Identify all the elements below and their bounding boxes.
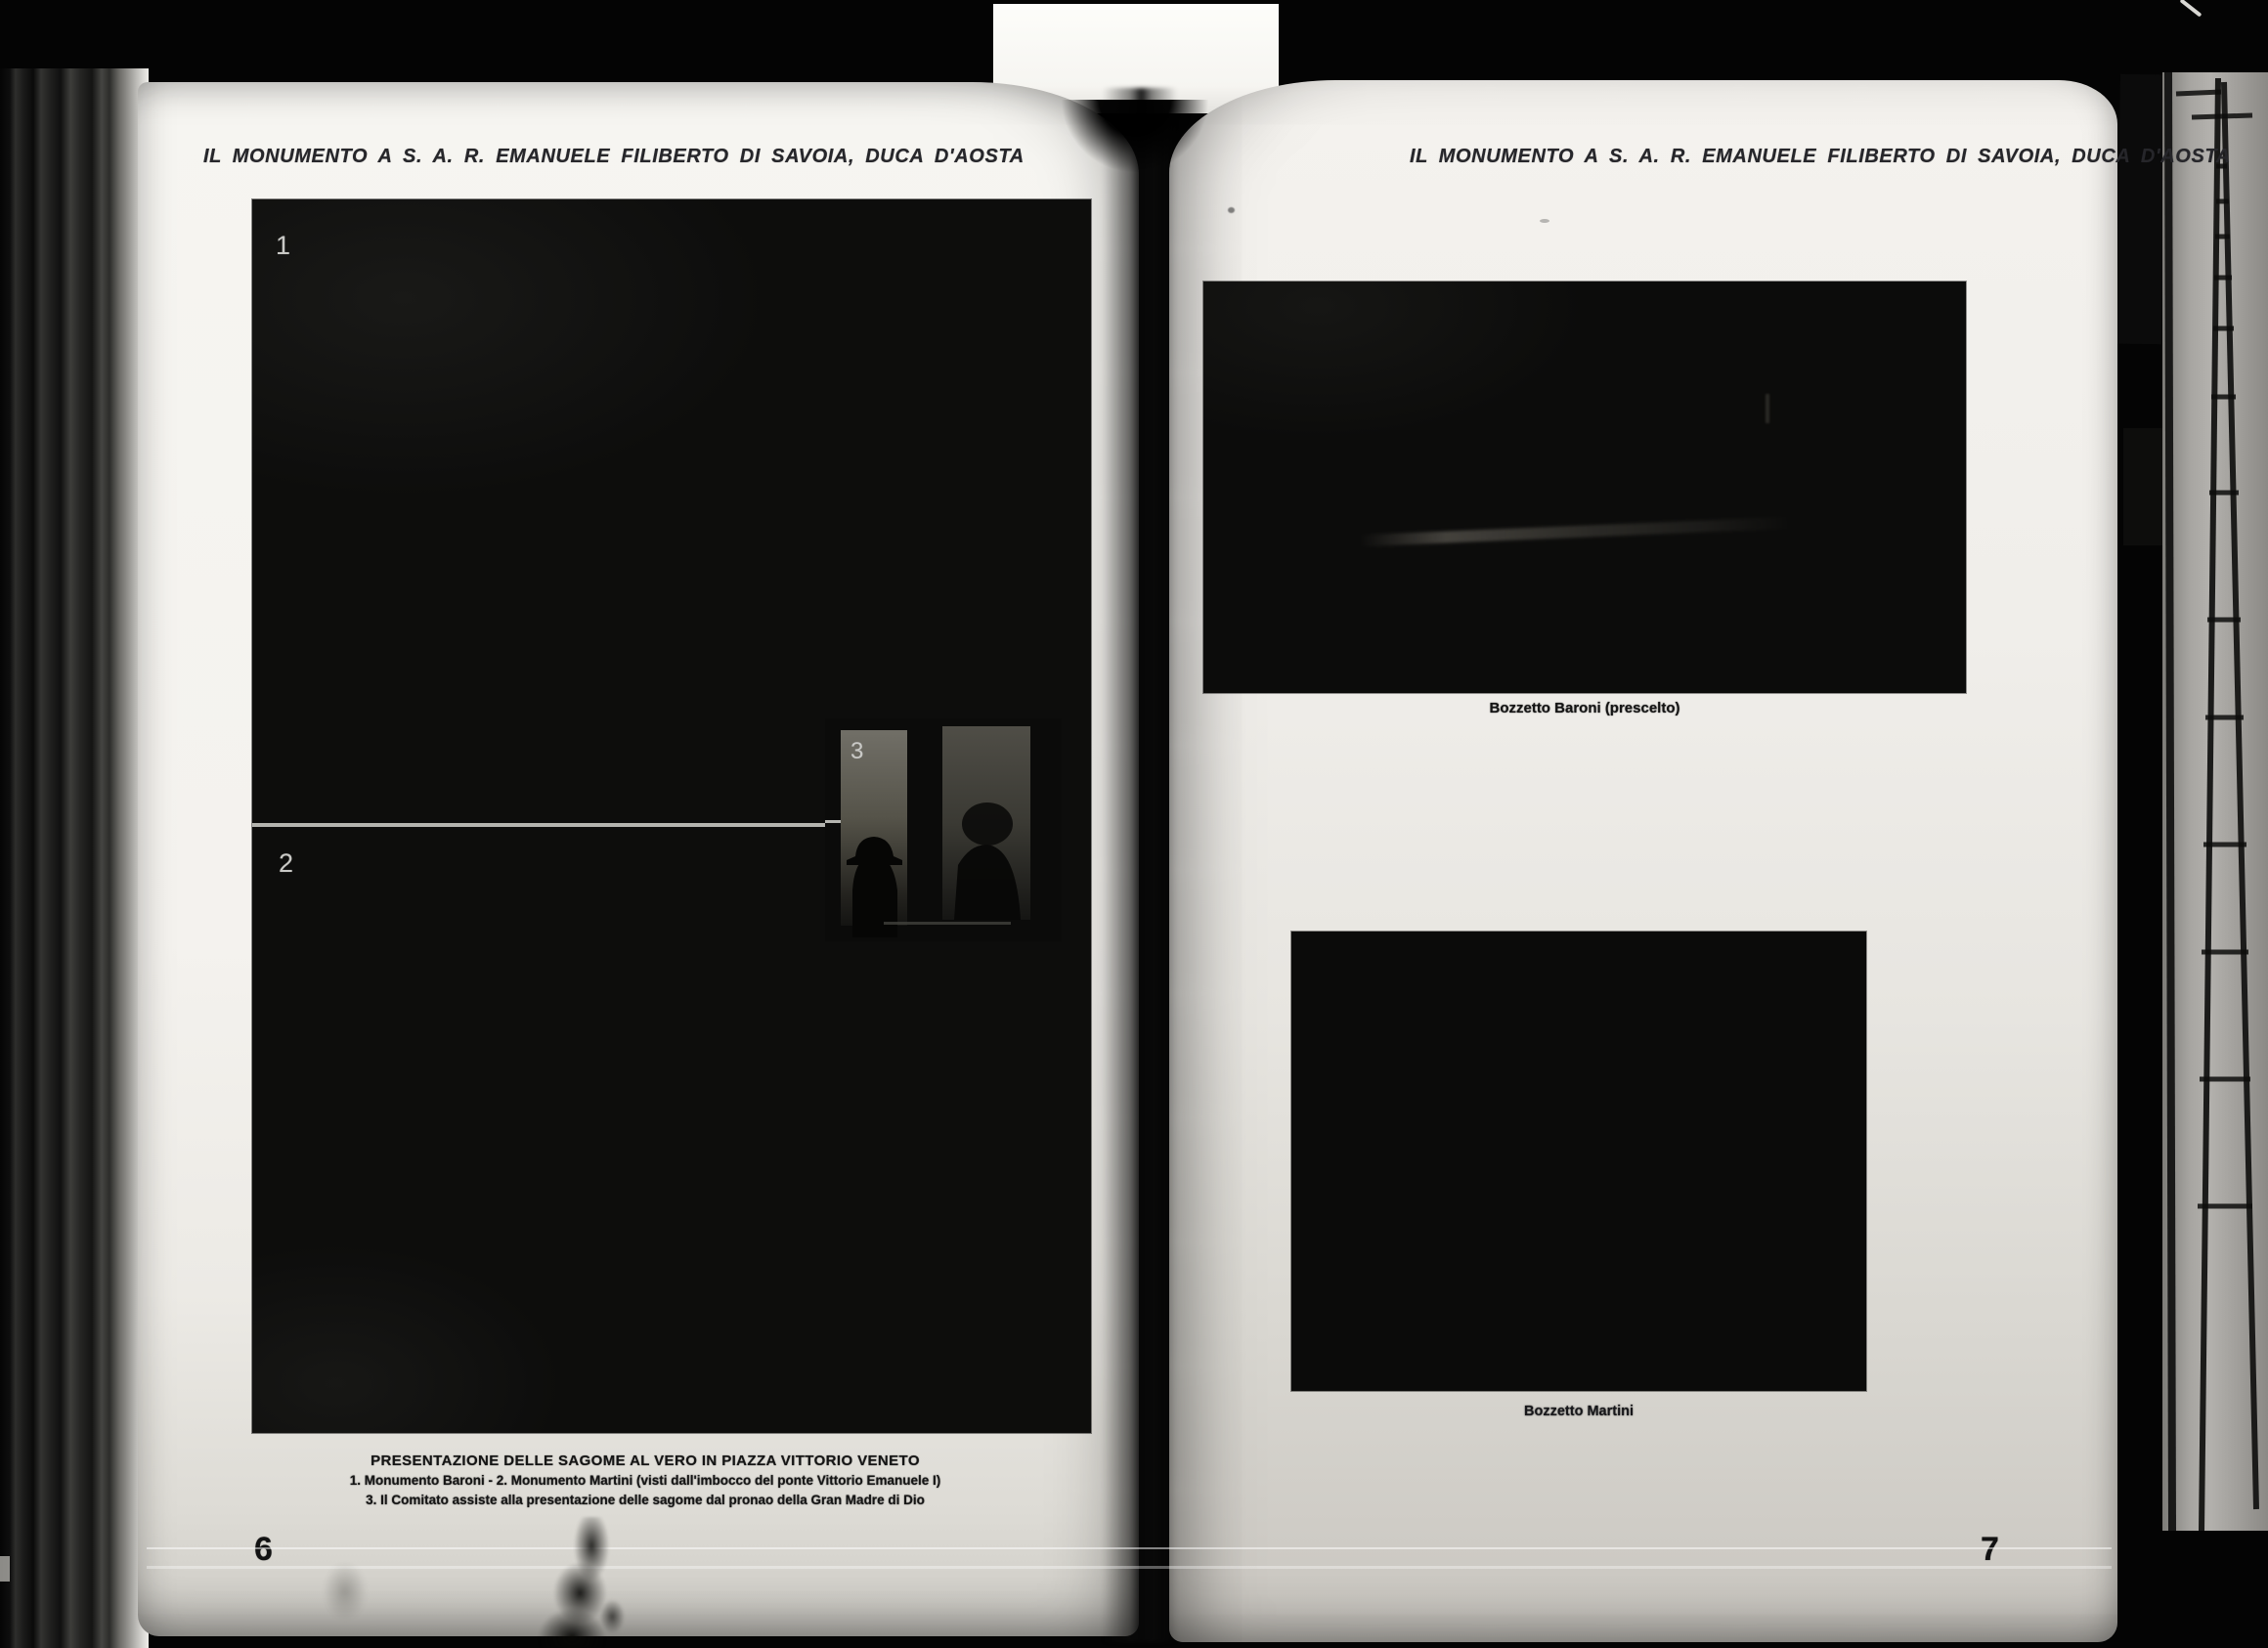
figure-plate: 1 2 bbox=[252, 199, 1091, 1433]
scanner-artifact-strip bbox=[2162, 72, 2268, 1531]
scanner-artifact-bar bbox=[2116, 74, 2165, 345]
plate-caption-line-3: 3. Il Comitato assiste alla presentazion… bbox=[186, 1491, 1105, 1510]
page-gutter bbox=[1103, 88, 1177, 1642]
figure-label-2: 2 bbox=[279, 848, 293, 879]
bozzetto-martini-caption: Bozzetto Martini bbox=[1291, 1404, 1866, 1419]
plate-caption: PRESENTAZIONE DELLE SAGOME AL VERO IN PI… bbox=[186, 1451, 1105, 1510]
edge-light-mark bbox=[0, 1556, 10, 1582]
page-gutter-top-shadow bbox=[1042, 100, 1228, 212]
bozzetto-baroni-caption: Bozzetto Baroni (prescelto) bbox=[1203, 700, 1966, 716]
ink-smudge bbox=[520, 1517, 635, 1648]
photo-glint bbox=[1766, 394, 1769, 423]
plate-caption-line-2: 1. Monumento Baroni - 2. Monumento Marti… bbox=[186, 1471, 1105, 1491]
plate-caption-title: PRESENTAZIONE DELLE SAGOME AL VERO IN PI… bbox=[186, 1451, 1105, 1471]
left-page-header: IL MONUMENTO A S. A. R. EMANUELE FILIBER… bbox=[203, 144, 1025, 169]
scan-line bbox=[147, 1566, 2112, 1569]
right-page-header: IL MONUMENTO A S. A. R. EMANUELE FILIBER… bbox=[1410, 144, 2231, 169]
scan-line bbox=[147, 1547, 2112, 1549]
scratch-mark bbox=[2180, 0, 2203, 18]
photo-highlight-streak bbox=[1360, 517, 1790, 546]
dust-speck bbox=[1228, 207, 1235, 213]
ladder-lines-artifact bbox=[2162, 72, 2268, 1531]
faint-smudge bbox=[311, 1550, 379, 1632]
right-page-number: 7 bbox=[1981, 1531, 1999, 1569]
plate-divider-line bbox=[252, 823, 827, 827]
dust-speck bbox=[1540, 219, 1549, 223]
scanned-book-spread: IL MONUMENTO A S. A. R. EMANUELE FILIBER… bbox=[0, 0, 2268, 1648]
book-page-edges bbox=[0, 68, 149, 1648]
figure-3-inset-photo: 3 bbox=[825, 718, 1062, 941]
left-page-number: 6 bbox=[254, 1531, 273, 1569]
bozzetto-baroni-photo bbox=[1203, 282, 1966, 693]
figure-label-3: 3 bbox=[850, 738, 863, 765]
figure-label-1: 1 bbox=[276, 231, 290, 261]
bozzetto-martini-photo bbox=[1291, 932, 1866, 1391]
